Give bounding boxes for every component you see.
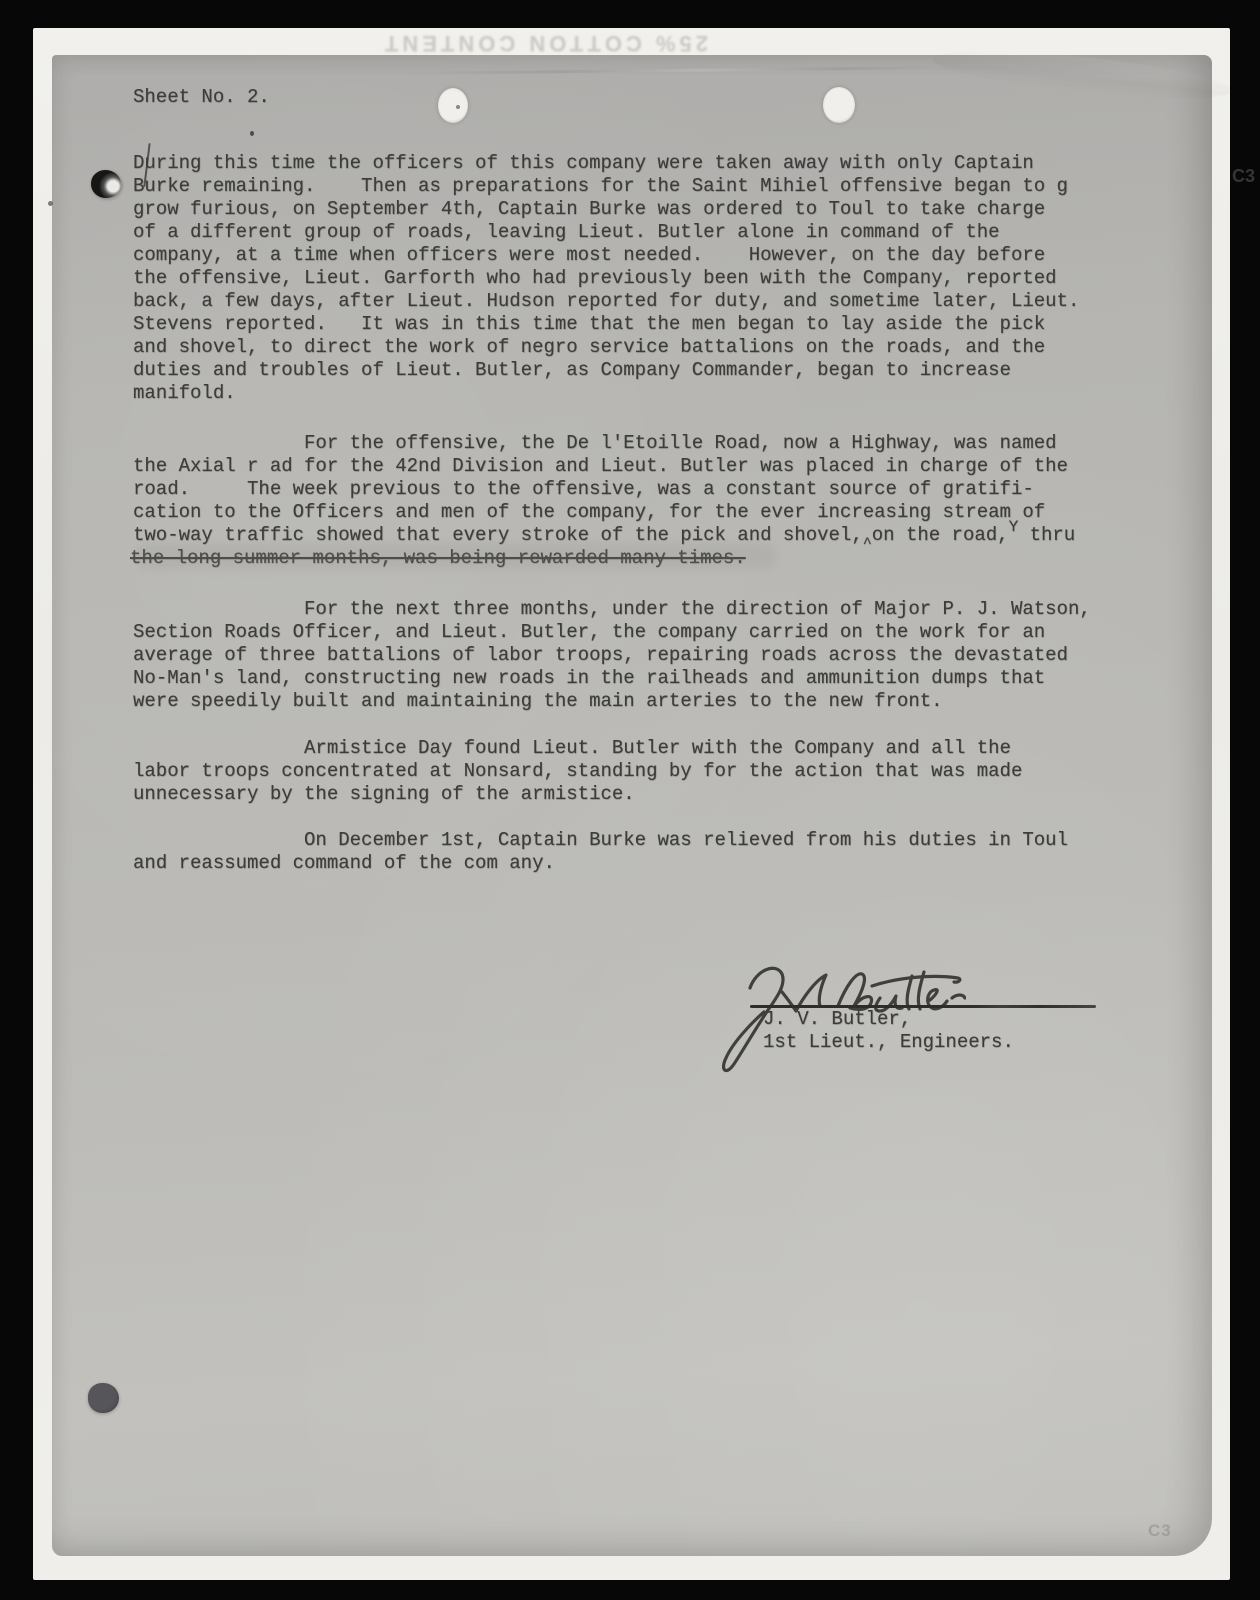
paragraph-2-lines-1-4: For the offensive, the De l'Etoille Road… — [133, 432, 1143, 524]
corner-stamp-mark: C3 — [1148, 1521, 1172, 1541]
punch-hole-speck — [456, 105, 460, 109]
line5-text-c: thru — [1018, 524, 1075, 546]
fastener-hole — [91, 170, 121, 198]
punch-hole-left — [438, 88, 468, 123]
line5-text-b: on the road, — [872, 524, 1009, 546]
typed-signature-title: 1st Lieut., Engineers. — [763, 1031, 1014, 1054]
scanner-background: { "stamp_mirrored": "25% COTTON CONTENT"… — [0, 0, 1260, 1600]
edge-stamp-mark: C3 — [1232, 166, 1255, 187]
paper-crease — [392, 66, 952, 75]
paragraph-5: On December 1st, Captain Burke was relie… — [133, 829, 1143, 875]
sheet-number-label: Sheet No. 2. — [133, 86, 270, 109]
insertion-caret-mark: ^ — [863, 535, 872, 552]
document-page: Sheet No. 2. During this time the office… — [52, 55, 1212, 1556]
typed-signature-name: J. V. Butler, — [763, 1008, 911, 1031]
handwritten-y-annotation: Y — [1009, 518, 1019, 536]
cotton-content-stamp-bleedthrough: 25% COTTON CONTENT — [238, 26, 708, 56]
punch-hole-bottom-left — [88, 1383, 119, 1413]
paragraph-1: During this time the officers of this co… — [133, 152, 1143, 405]
punch-hole-right — [823, 87, 855, 123]
ink-speck — [250, 131, 254, 136]
paragraph-2-line-6-struck-through: the long summer months, was being reward… — [130, 547, 746, 570]
paragraph-4: Armistice Day found Lieut. Butler with t… — [133, 737, 1143, 806]
paragraph-3: For the next three months, under the dir… — [133, 598, 1163, 713]
ink-speck — [48, 201, 53, 206]
